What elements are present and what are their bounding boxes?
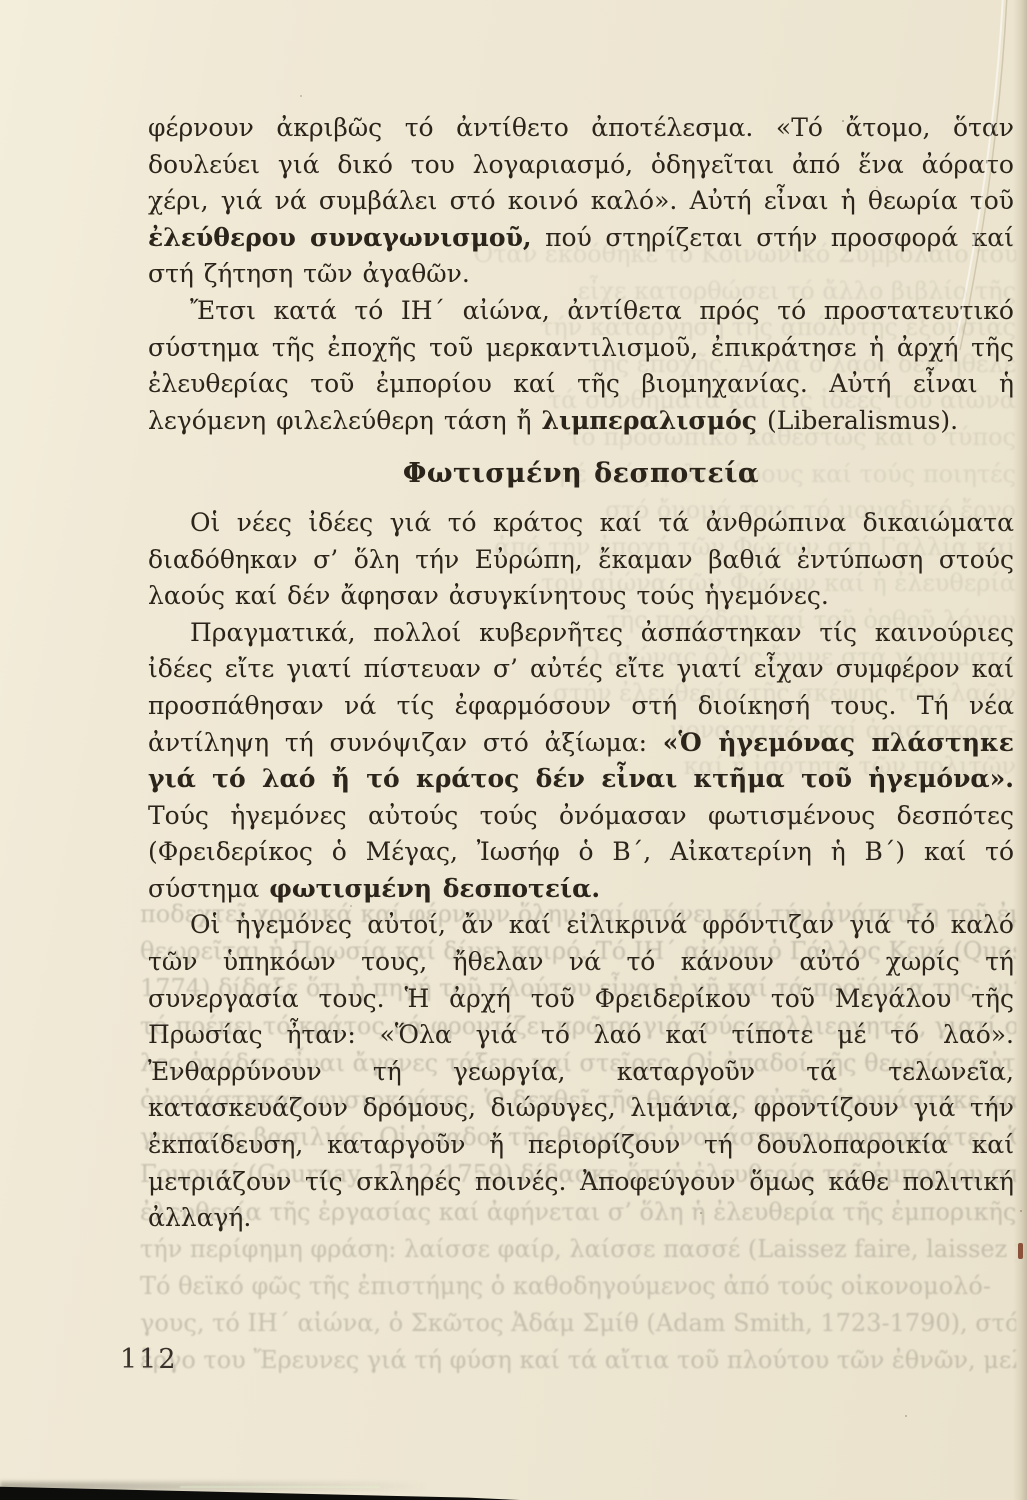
paragraph: Οἱ νέες ἰδέες γιά τό κράτος καί τά ἀνθρώ… <box>148 505 1014 615</box>
rust-stain <box>1018 1243 1023 1259</box>
paragraph: Οἱ ἡγεμόνες αὐτοί, ἄν καί εἰλικρινά φρόν… <box>148 907 1014 1236</box>
paper-specks <box>842 120 844 122</box>
section-heading: Φωτισμένη δεσποτεία <box>148 456 1014 493</box>
photo-edge-highlight <box>180 1486 380 1488</box>
page-right-edge-shading <box>1013 0 1027 1500</box>
text-column: φέρνουν ἀκριβῶς τό ἀντίθετο ἀποτέλεσμα. … <box>148 110 1014 1237</box>
page-number: 112 <box>120 1344 178 1375</box>
scanned-book-page: Ὅταν ἐκδόθηκε τό Κοινωνικό Συμβόλαιο τοῦ… <box>0 0 1027 1500</box>
paragraph: φέρνουν ἀκριβῶς τό ἀντίθετο ἀποτέλεσμα. … <box>148 110 1014 293</box>
paragraph: Πραγματικά, πολλοί κυβερνῆτες ἀσπάστηκαν… <box>148 615 1014 908</box>
paragraph: Ἔτσι κατά τό ΙΗ΄ αἰώνα, ἀντίθετα πρός τό… <box>148 293 1014 439</box>
